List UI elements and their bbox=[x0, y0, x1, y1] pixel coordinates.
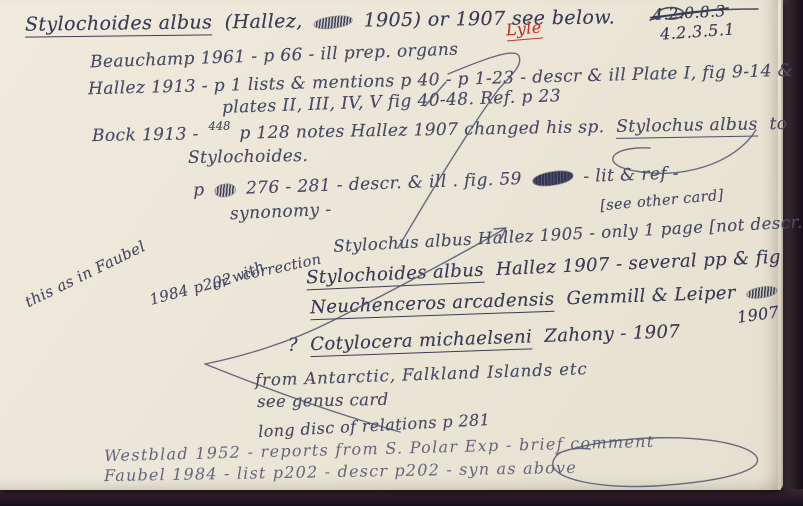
photo-dark-edge-bottom bbox=[0, 489, 803, 506]
synonymy-label: synonomy - bbox=[230, 200, 332, 224]
cotylocera-question-mark: ? bbox=[288, 335, 299, 356]
title-authority: (Hallez, bbox=[225, 10, 303, 33]
ref-pages-line: p 276 - 281 - descr. & ill . fig. 59 - l… bbox=[193, 164, 680, 201]
title-years: 1905) or 1907 see below. bbox=[363, 6, 615, 31]
scanned-index-card-photo: Stylochoides albus (Hallez, 1905) or 190… bbox=[0, 0, 803, 506]
nuchenceros-authors: Gemmill & Leiper bbox=[566, 282, 736, 309]
ink-scribble bbox=[314, 14, 353, 30]
red-annotation-text: Lyle bbox=[505, 17, 542, 41]
ink-scribble bbox=[746, 285, 777, 300]
ref-beauchamp: Beauchamp 1961 - p 66 - ill prep. organs bbox=[90, 40, 459, 73]
bock-end: to bbox=[769, 114, 787, 134]
synonym-cotylocera: ? Cotylocera michaelseni Zahony - 1907 bbox=[288, 321, 681, 356]
synonym-1907-species: Stylochoides albus bbox=[306, 260, 485, 291]
bock-page-superscript: 448 bbox=[208, 119, 230, 133]
nuchenceros-year: 1907 bbox=[736, 302, 781, 327]
pages-range: 276 - 281 - descr. & ill . fig. 59 bbox=[246, 169, 522, 199]
catalog-number-new: 4.2.3.5.1 bbox=[659, 19, 735, 43]
cotylocera-species: Cotylocera michaelseni bbox=[310, 326, 533, 357]
index-card: Stylochoides albus (Hallez, 1905) or 190… bbox=[0, 0, 783, 490]
synonym-1907-rest: Hallez 1907 - several pp & fig bbox=[495, 247, 781, 280]
title-species-name: Stylochoides albus bbox=[25, 11, 213, 37]
cotylocera-author-year: Zahony - 1907 bbox=[544, 321, 681, 347]
genus-card-note: see genus card bbox=[257, 390, 389, 411]
locality-note: from Antarctic, Falkland Islands etc bbox=[255, 359, 588, 390]
ink-scribble bbox=[214, 182, 236, 197]
ref-bock-1913: Bock 1913 - 448 p 128 notes Hallez 1907 … bbox=[92, 114, 788, 146]
pages-p: p bbox=[193, 180, 205, 200]
ink-scribble bbox=[532, 169, 574, 188]
bock-mid: p 128 notes Hallez 1907 changed his sp. bbox=[239, 117, 604, 143]
bock-start: Bock 1913 - bbox=[92, 124, 199, 146]
margin-note-part1: this as in Faubel bbox=[22, 237, 148, 311]
see-other-card-note: [see other card] bbox=[600, 188, 725, 215]
nuchenceros-species: Neuchenceros arcadensis bbox=[310, 289, 555, 321]
bock-species-name: Stylochus albus bbox=[616, 114, 758, 138]
ref-bock-cont: Stylochoides. bbox=[188, 146, 309, 168]
pages-end: - lit & ref - bbox=[583, 164, 679, 187]
red-annotation: Lyle bbox=[505, 17, 542, 39]
